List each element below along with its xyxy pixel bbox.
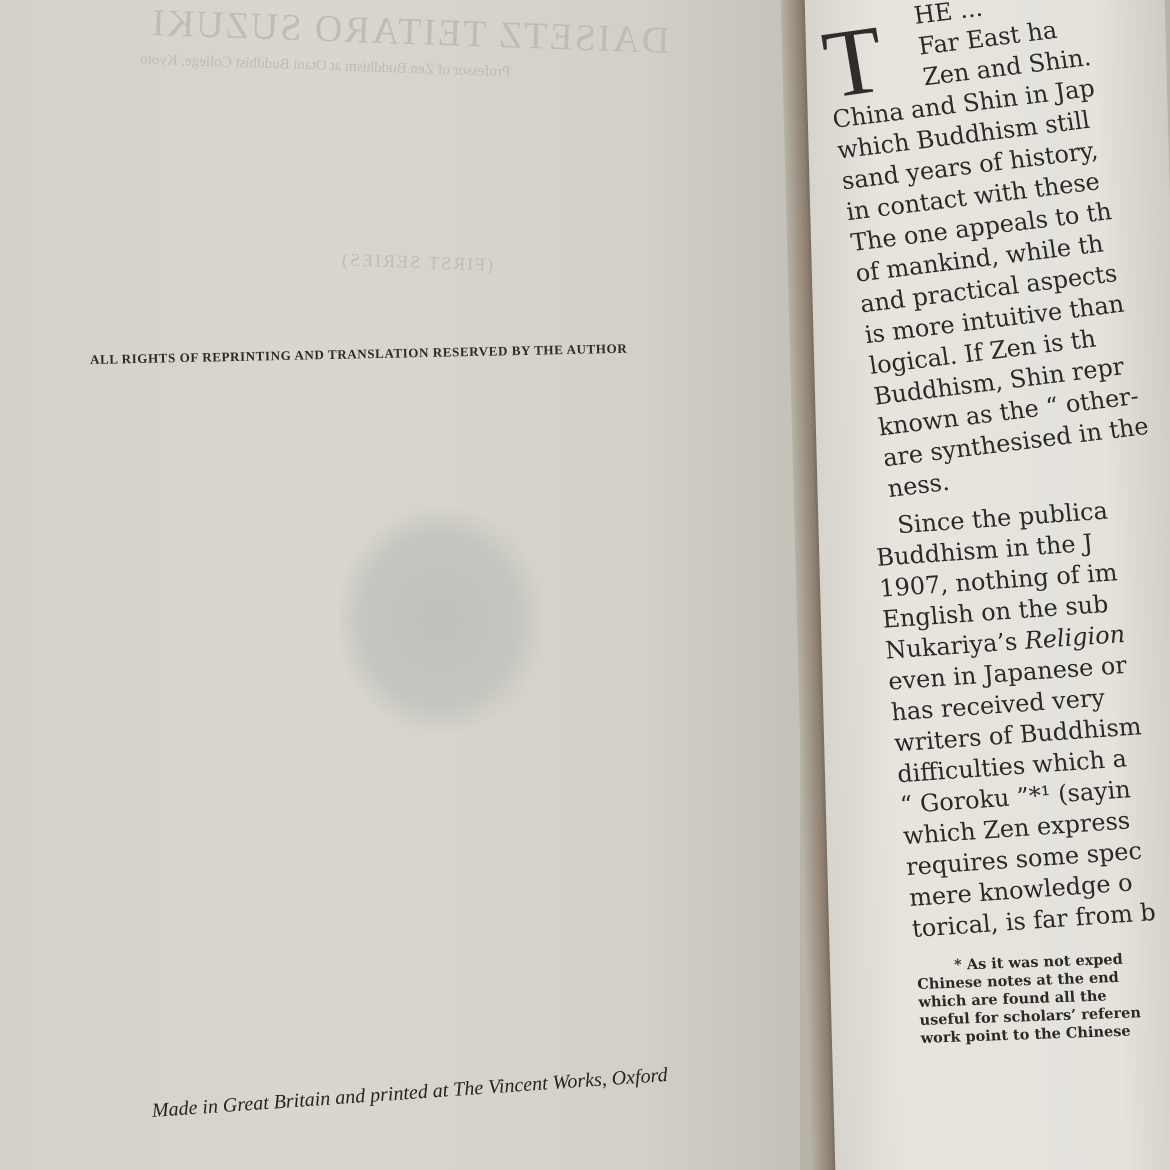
rights-notice: ALL RIGHTS OF REPRINTING AND TRANSLATION… [90, 341, 628, 368]
footnote: * As it was not exped Chinese notes at t… [916, 950, 1143, 1048]
show-through-series: (FIRST SERIES) [340, 249, 494, 275]
book-title-italic: Religion [1023, 620, 1126, 655]
body-text: HE ... Far East ha Zen and Shin. China a… [832, 79, 1156, 505]
right-page: T HE ... Far East ha Zen and Shin. China… [805, 0, 1170, 1170]
printer-imprint: Made in Great Britain and printed at The… [151, 1064, 668, 1123]
show-through-author-affiliation: Professor of Zen Buddhism at Otani Buddh… [140, 52, 511, 82]
body-text-second-paragraph: Since the publica Buddhism in the J 1907… [872, 495, 1161, 945]
show-through-emblem [340, 510, 540, 730]
left-page: DAISETZ TEITARO SUZUKI Professor of Zen … [0, 0, 800, 1170]
